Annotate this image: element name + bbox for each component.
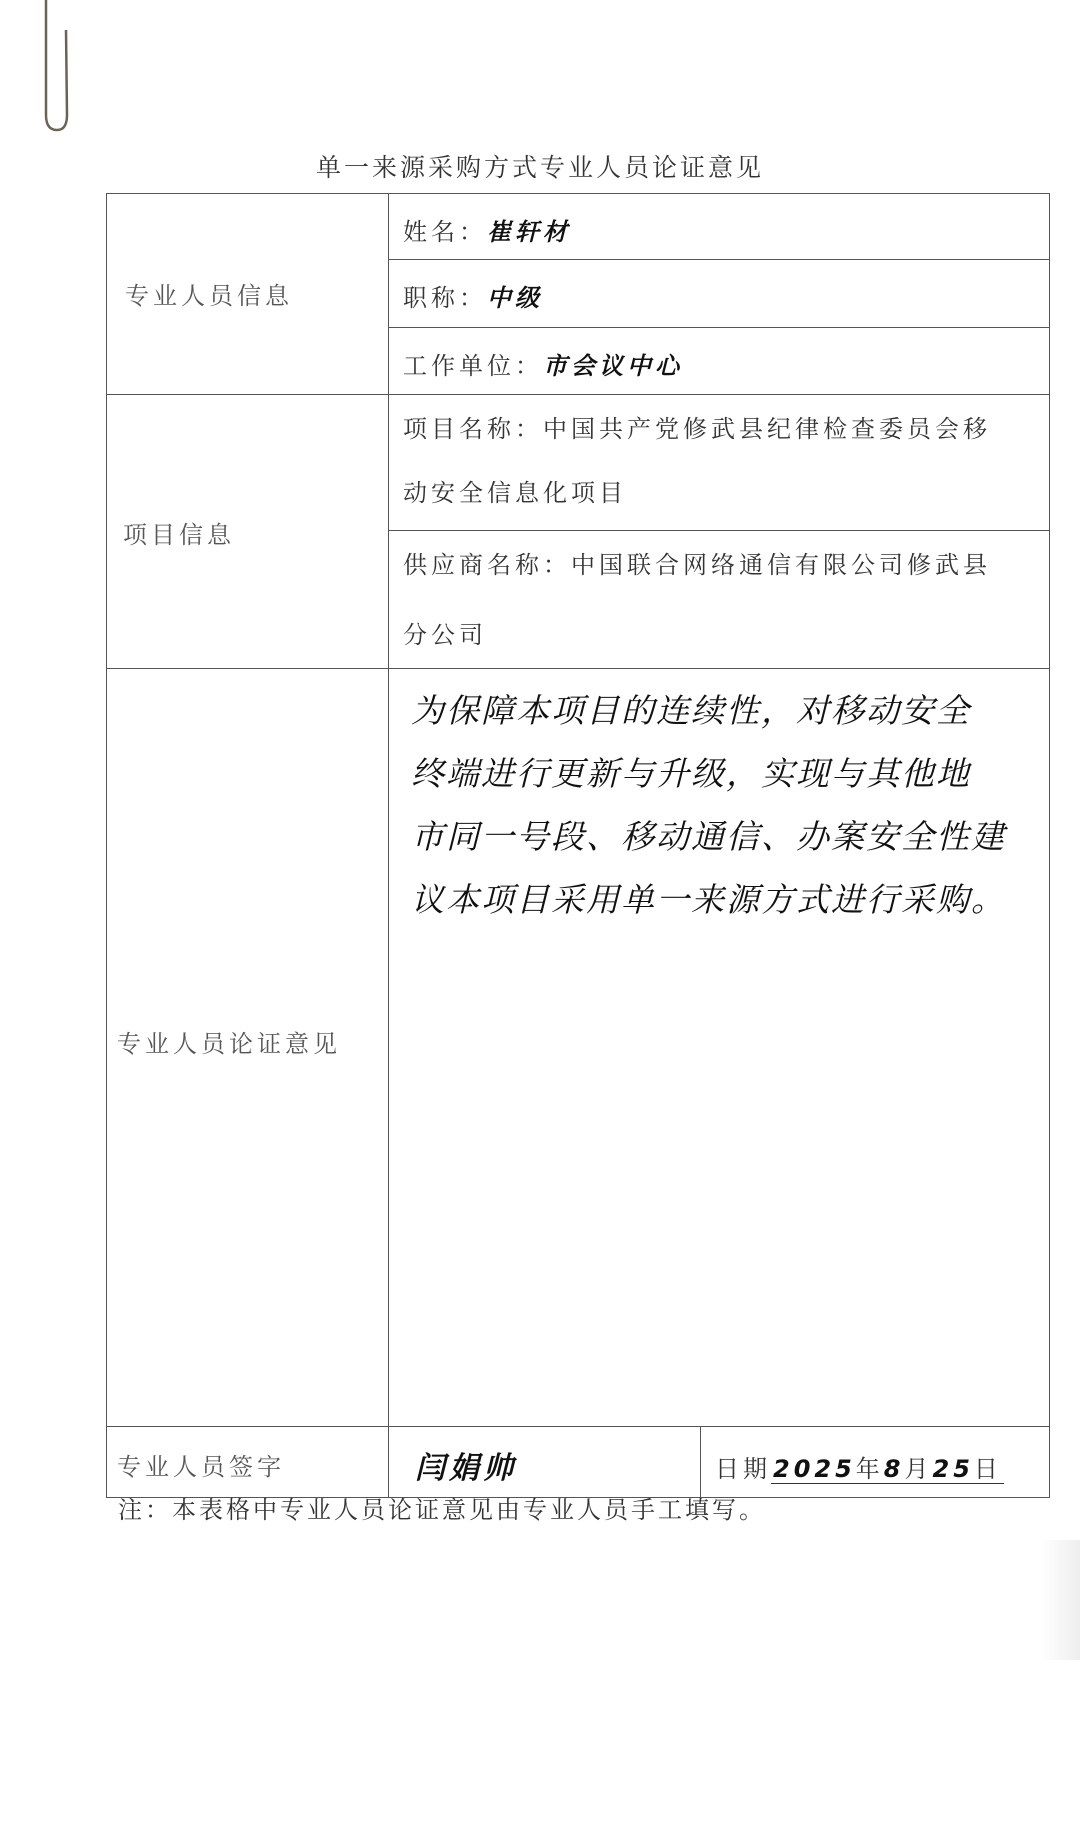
project-name-line2: 动安全信息化项目 [403,473,627,508]
opinion-label: 专业人员论证意见 [117,1024,341,1059]
job-title-value: 中级 [487,284,543,312]
paperclip-icon [40,0,70,140]
project-info-label: 项目信息 [123,515,235,550]
date-day-unit: 日 [974,1455,1002,1483]
date-day: 25 [933,1455,974,1483]
supplier-line2: 分公司 [403,615,487,650]
opinion-label-cell: 专业人员论证意见 [106,668,390,1428]
date-month-unit: 月 [905,1455,933,1483]
date-month: 8 [884,1455,905,1483]
signature-label-cell: 专业人员签字 [106,1426,390,1498]
employer-value: 市会议中心 [543,352,683,380]
supplier-label: 供应商名称： [403,551,571,579]
employer-cell: 工作单位：市会议中心 [388,327,1050,396]
date-year: 2025 [773,1455,856,1483]
name-value: 崔轩材 [487,218,571,246]
opinion-line: 议本项目采用单一来源方式进行采购。 [411,868,1011,931]
job-title-label: 职称： [403,284,487,312]
project-name-label: 项目名称： [403,415,543,443]
opinion-content-cell: 为保障本项目的连续性，对移动安全 终端进行更新与升级，实现与其他地 市同一号段、… [388,668,1050,1428]
date-cell: 日期2025年8月25日 [700,1426,1050,1498]
signature-cell: 闫娟帅 [388,1426,702,1498]
handwritten-opinion: 为保障本项目的连续性，对移动安全 终端进行更新与升级，实现与其他地 市同一号段、… [411,679,1011,931]
footnote: 注：本表格中专业人员论证意见由专业人员手工填写。 [118,1490,766,1525]
opinion-line: 为保障本项目的连续性，对移动安全 [411,679,1011,742]
document-title: 单一来源采购方式专业人员论证意见 [0,148,1080,184]
job-title-cell: 职称：中级 [388,259,1050,329]
employer-label: 工作单位： [403,352,543,380]
project-info-label-cell: 项目信息 [106,394,390,670]
opinion-line: 市同一号段、移动通信、办案安全性建 [411,805,1011,868]
name-label: 姓名： [403,218,487,246]
expert-info-label: 专业人员信息 [125,276,293,311]
project-name-cell: 项目名称：中国共产党修武县纪律检查委员会移 动安全信息化项目 [388,394,1050,532]
opinion-line: 终端进行更新与升级，实现与其他地 [411,742,1011,805]
supplier-line1: 中国联合网络通信有限公司修武县 [571,551,991,579]
expert-info-label-cell: 专业人员信息 [106,193,390,396]
date-label: 日期 [715,1455,771,1483]
project-name-line1: 中国共产党修武县纪律检查委员会移 [543,415,991,443]
date-year-unit: 年 [856,1455,884,1483]
signature-value: 闫娟帅 [415,1443,517,1487]
supplier-cell: 供应商名称：中国联合网络通信有限公司修武县 分公司 [388,530,1050,670]
name-cell: 姓名：崔轩材 [388,193,1050,261]
signature-label: 专业人员签字 [117,1447,285,1482]
page-edge-shadow [1040,1540,1080,1660]
